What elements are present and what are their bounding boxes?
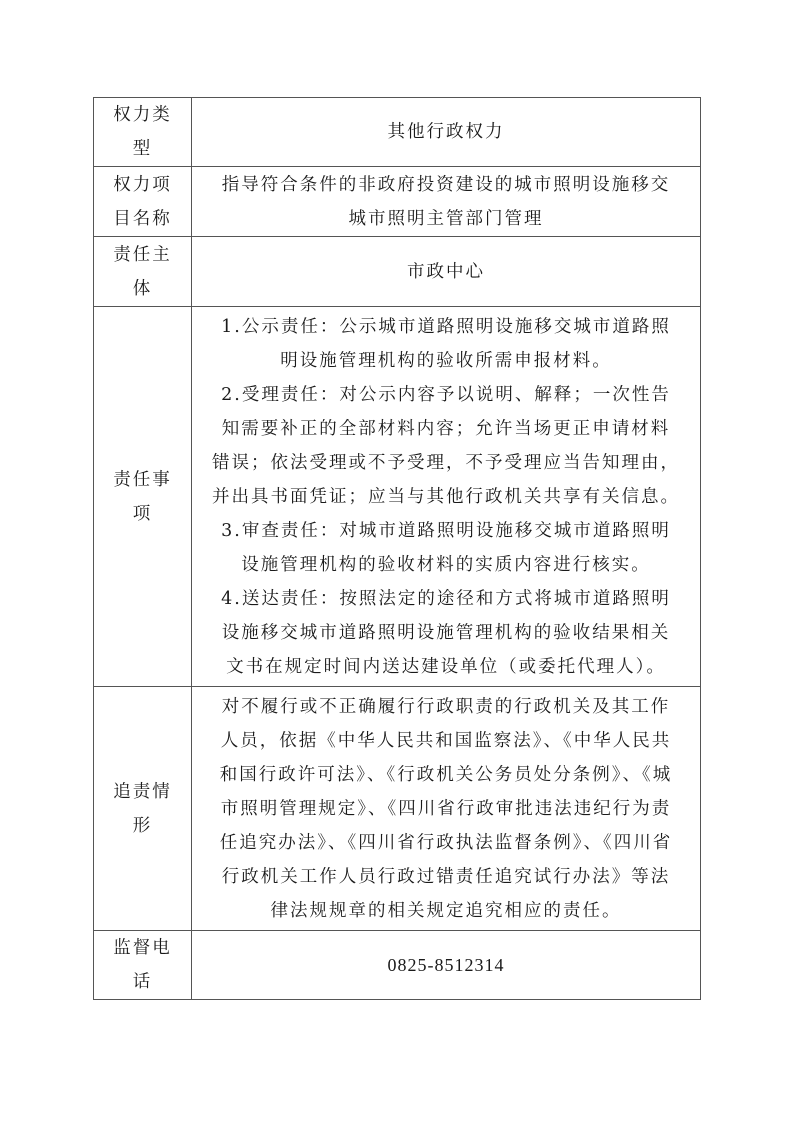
row-responsibilities: 责任事 项 1.公示责任：公示城市道路照明设施移交城市道路照 明设施管理机构的验… bbox=[94, 307, 701, 687]
responsibility-line: 4.送达责任：按照法定的途径和方式将城市道路照明 bbox=[192, 582, 700, 616]
responsibility-line: 知需要补正的全部材料内容；允许当场更正申请材料 bbox=[192, 412, 700, 446]
responsibility-line: 错误；依法受理或不予受理，不予受理应当告知理由， bbox=[192, 446, 700, 480]
accountability-line: 律法规规章的相关规定追究相应的责任。 bbox=[192, 894, 700, 928]
accountability-line: 和国行政许可法》、《行政机关公务员处分条例》、《城 bbox=[192, 758, 700, 792]
value-responsible-entity: 市政中心 bbox=[192, 237, 701, 307]
responsibility-line: 3.审查责任：对城市道路照明设施移交城市道路照明 bbox=[192, 514, 700, 548]
value-accountability: 对不履行或不正确履行行政职责的行政机关及其工作 人员，依据《中华人民共和国监察法… bbox=[192, 687, 701, 931]
accountability-line: 对不履行或不正确履行行政职责的行政机关及其工作 bbox=[192, 690, 700, 724]
power-responsibility-table: 权力类 型 其他行政权力 权力项 目名称 指导符合条件的非政府投资建设的城市照明… bbox=[93, 97, 701, 1000]
label-responsible-entity: 责任主 体 bbox=[94, 237, 192, 307]
responsibility-line: 2.受理责任：对公示内容予以说明、解释；一次性告 bbox=[192, 378, 700, 412]
row-power-type: 权力类 型 其他行政权力 bbox=[94, 98, 701, 167]
value-power-item-name: 指导符合条件的非政府投资建设的城市照明设施移交 城市照明主管部门管理 bbox=[192, 167, 701, 237]
label-power-item-name: 权力项 目名称 bbox=[94, 167, 192, 237]
accountability-line: 任追究办法》、《四川省行政执法监督条例》、《四川省 bbox=[192, 826, 700, 860]
accountability-line: 人员，依据《中华人民共和国监察法》、《中华人民共 bbox=[192, 724, 700, 758]
row-accountability: 追责情 形 对不履行或不正确履行行政职责的行政机关及其工作 人员，依据《中华人民… bbox=[94, 687, 701, 931]
label-accountability: 追责情 形 bbox=[94, 687, 192, 931]
responsibility-line: 设施管理机构的验收材料的实质内容进行核实。 bbox=[192, 548, 700, 582]
responsibility-line: 文书在规定时间内送达建设单位（或委托代理人）。 bbox=[192, 650, 700, 684]
label-power-type: 权力类 型 bbox=[94, 98, 192, 167]
value-supervision-phone: 0825-8512314 bbox=[192, 931, 701, 1000]
value-responsibilities: 1.公示责任：公示城市道路照明设施移交城市道路照 明设施管理机构的验收所需申报材… bbox=[192, 307, 701, 687]
responsibility-line: 1.公示责任：公示城市道路照明设施移交城市道路照 bbox=[192, 310, 700, 344]
label-responsibilities: 责任事 项 bbox=[94, 307, 192, 687]
accountability-line: 市照明管理规定》、《四川省行政审批违法违纪行为责 bbox=[192, 792, 700, 826]
responsibility-line: 设施移交城市道路照明设施管理机构的验收结果相关 bbox=[192, 616, 700, 650]
row-supervision-phone: 监督电 话 0825-8512314 bbox=[94, 931, 701, 1000]
row-power-item-name: 权力项 目名称 指导符合条件的非政府投资建设的城市照明设施移交 城市照明主管部门… bbox=[94, 167, 701, 237]
responsibility-line: 明设施管理机构的验收所需申报材料。 bbox=[192, 344, 700, 378]
value-power-type: 其他行政权力 bbox=[192, 98, 701, 167]
responsibility-line: 并出具书面凭证；应当与其他行政机关共享有关信息。 bbox=[192, 480, 700, 514]
phone-number: 0825-8512314 bbox=[192, 948, 700, 982]
row-responsible-entity: 责任主 体 市政中心 bbox=[94, 237, 701, 307]
label-supervision-phone: 监督电 话 bbox=[94, 931, 192, 1000]
accountability-line: 行政机关工作人员行政过错责任追究试行办法》等法 bbox=[192, 860, 700, 894]
